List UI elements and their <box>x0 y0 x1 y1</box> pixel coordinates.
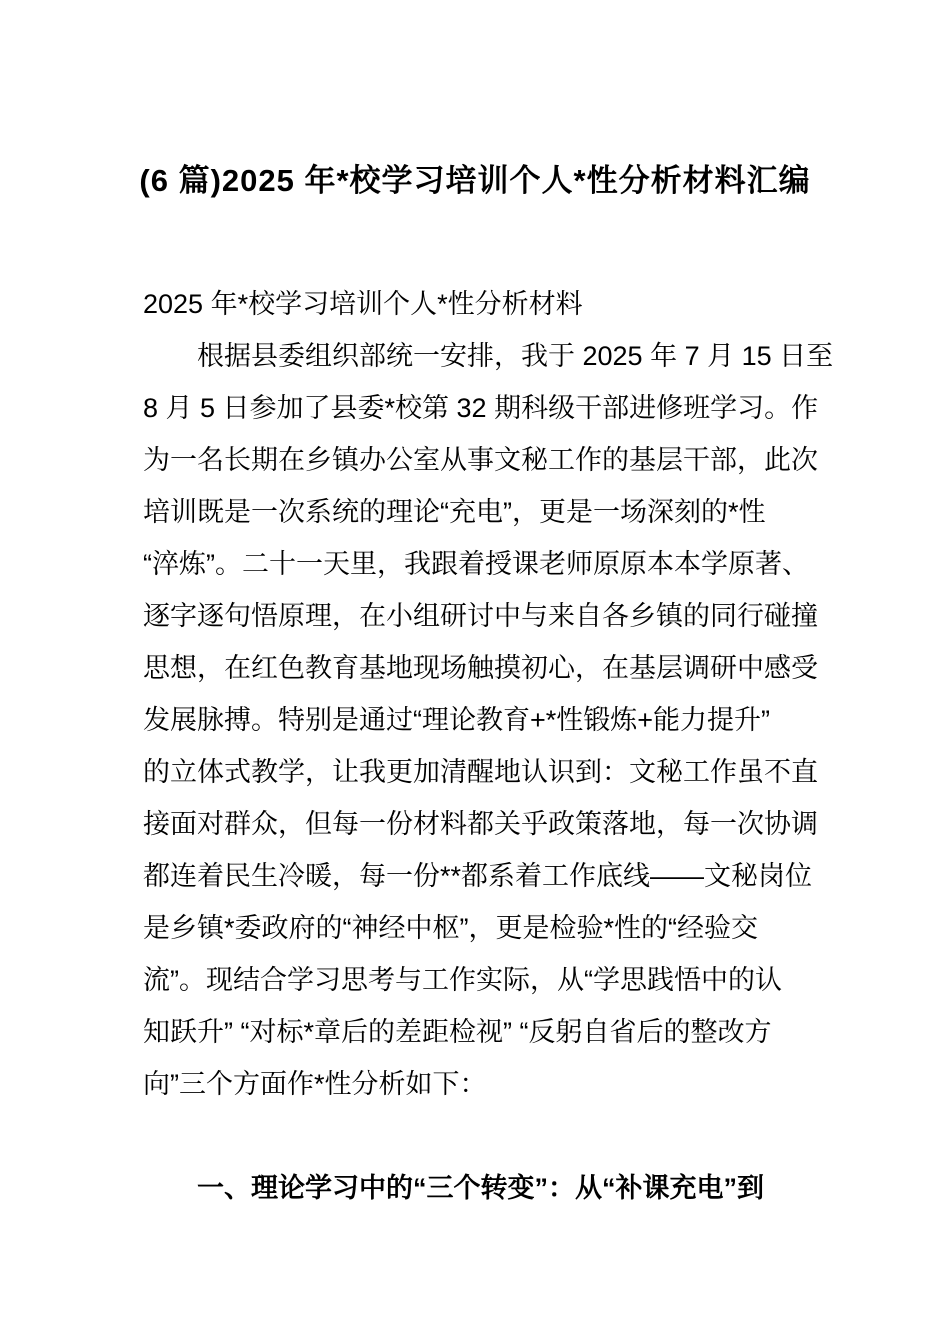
paragraph-line: “淬炼”。二十一天里，我跟着授课老师原原本本学原著、 <box>0 538 950 590</box>
paragraph-line: 向”三个方面作*性分析如下： <box>0 1058 950 1110</box>
document-subtitle: 2025 年*校学习培训个人*性分析材料 <box>0 278 950 330</box>
paragraph-line: 流”。现结合学习思考与工作实际，从“学思践悟中的认 <box>0 954 950 1006</box>
document-page: (6 篇)2025 年*校学习培训个人*性分析材料汇编 2025 年*校学习培训… <box>0 0 950 1344</box>
paragraph-line: 接面对群众，但每一份材料都关乎政策落地，每一次协调 <box>0 798 950 850</box>
paragraph-line: 是乡镇*委政府的“神经中枢”，更是检验*性的“经验交 <box>0 902 950 954</box>
paragraph-line: 都连着民生冷暖，每一份**都系着工作底线——文秘岗位 <box>0 850 950 902</box>
paragraph-line: 为一名长期在乡镇办公室从事文秘工作的基层干部，此次 <box>0 434 950 486</box>
paragraph-line: 的立体式教学，让我更加清醒地认识到：文秘工作虽不直 <box>0 746 950 798</box>
section-heading: 一、理论学习中的“三个转变”：从“补课充电”到 <box>0 1162 950 1214</box>
document-body: 2025 年*校学习培训个人*性分析材料 根据县委组织部统一安排，我于 2025… <box>0 278 950 1214</box>
paragraph-line: 发展脉搏。特别是通过“理论教育+*性锻炼+能力提升” <box>0 694 950 746</box>
paragraph-line: 逐字逐句悟原理，在小组研讨中与来自各乡镇的同行碰撞 <box>0 590 950 642</box>
paragraph-line: 思想，在红色教育基地现场触摸初心，在基层调研中感受 <box>0 642 950 694</box>
paragraph-line: 培训既是一次系统的理论“充电”，更是一场深刻的*性 <box>0 486 950 538</box>
document-title: (6 篇)2025 年*校学习培训个人*性分析材料汇编 <box>0 0 950 204</box>
blank-line <box>0 1110 950 1162</box>
paragraph-line: 根据县委组织部统一安排，我于 2025 年 7 月 15 日至 <box>0 330 950 382</box>
paragraph-line: 知跃升” “对标*章后的差距检视” “反躬自省后的整改方 <box>0 1006 950 1058</box>
paragraph-line: 8 月 5 日参加了县委*校第 32 期科级干部进修班学习。作 <box>0 382 950 434</box>
